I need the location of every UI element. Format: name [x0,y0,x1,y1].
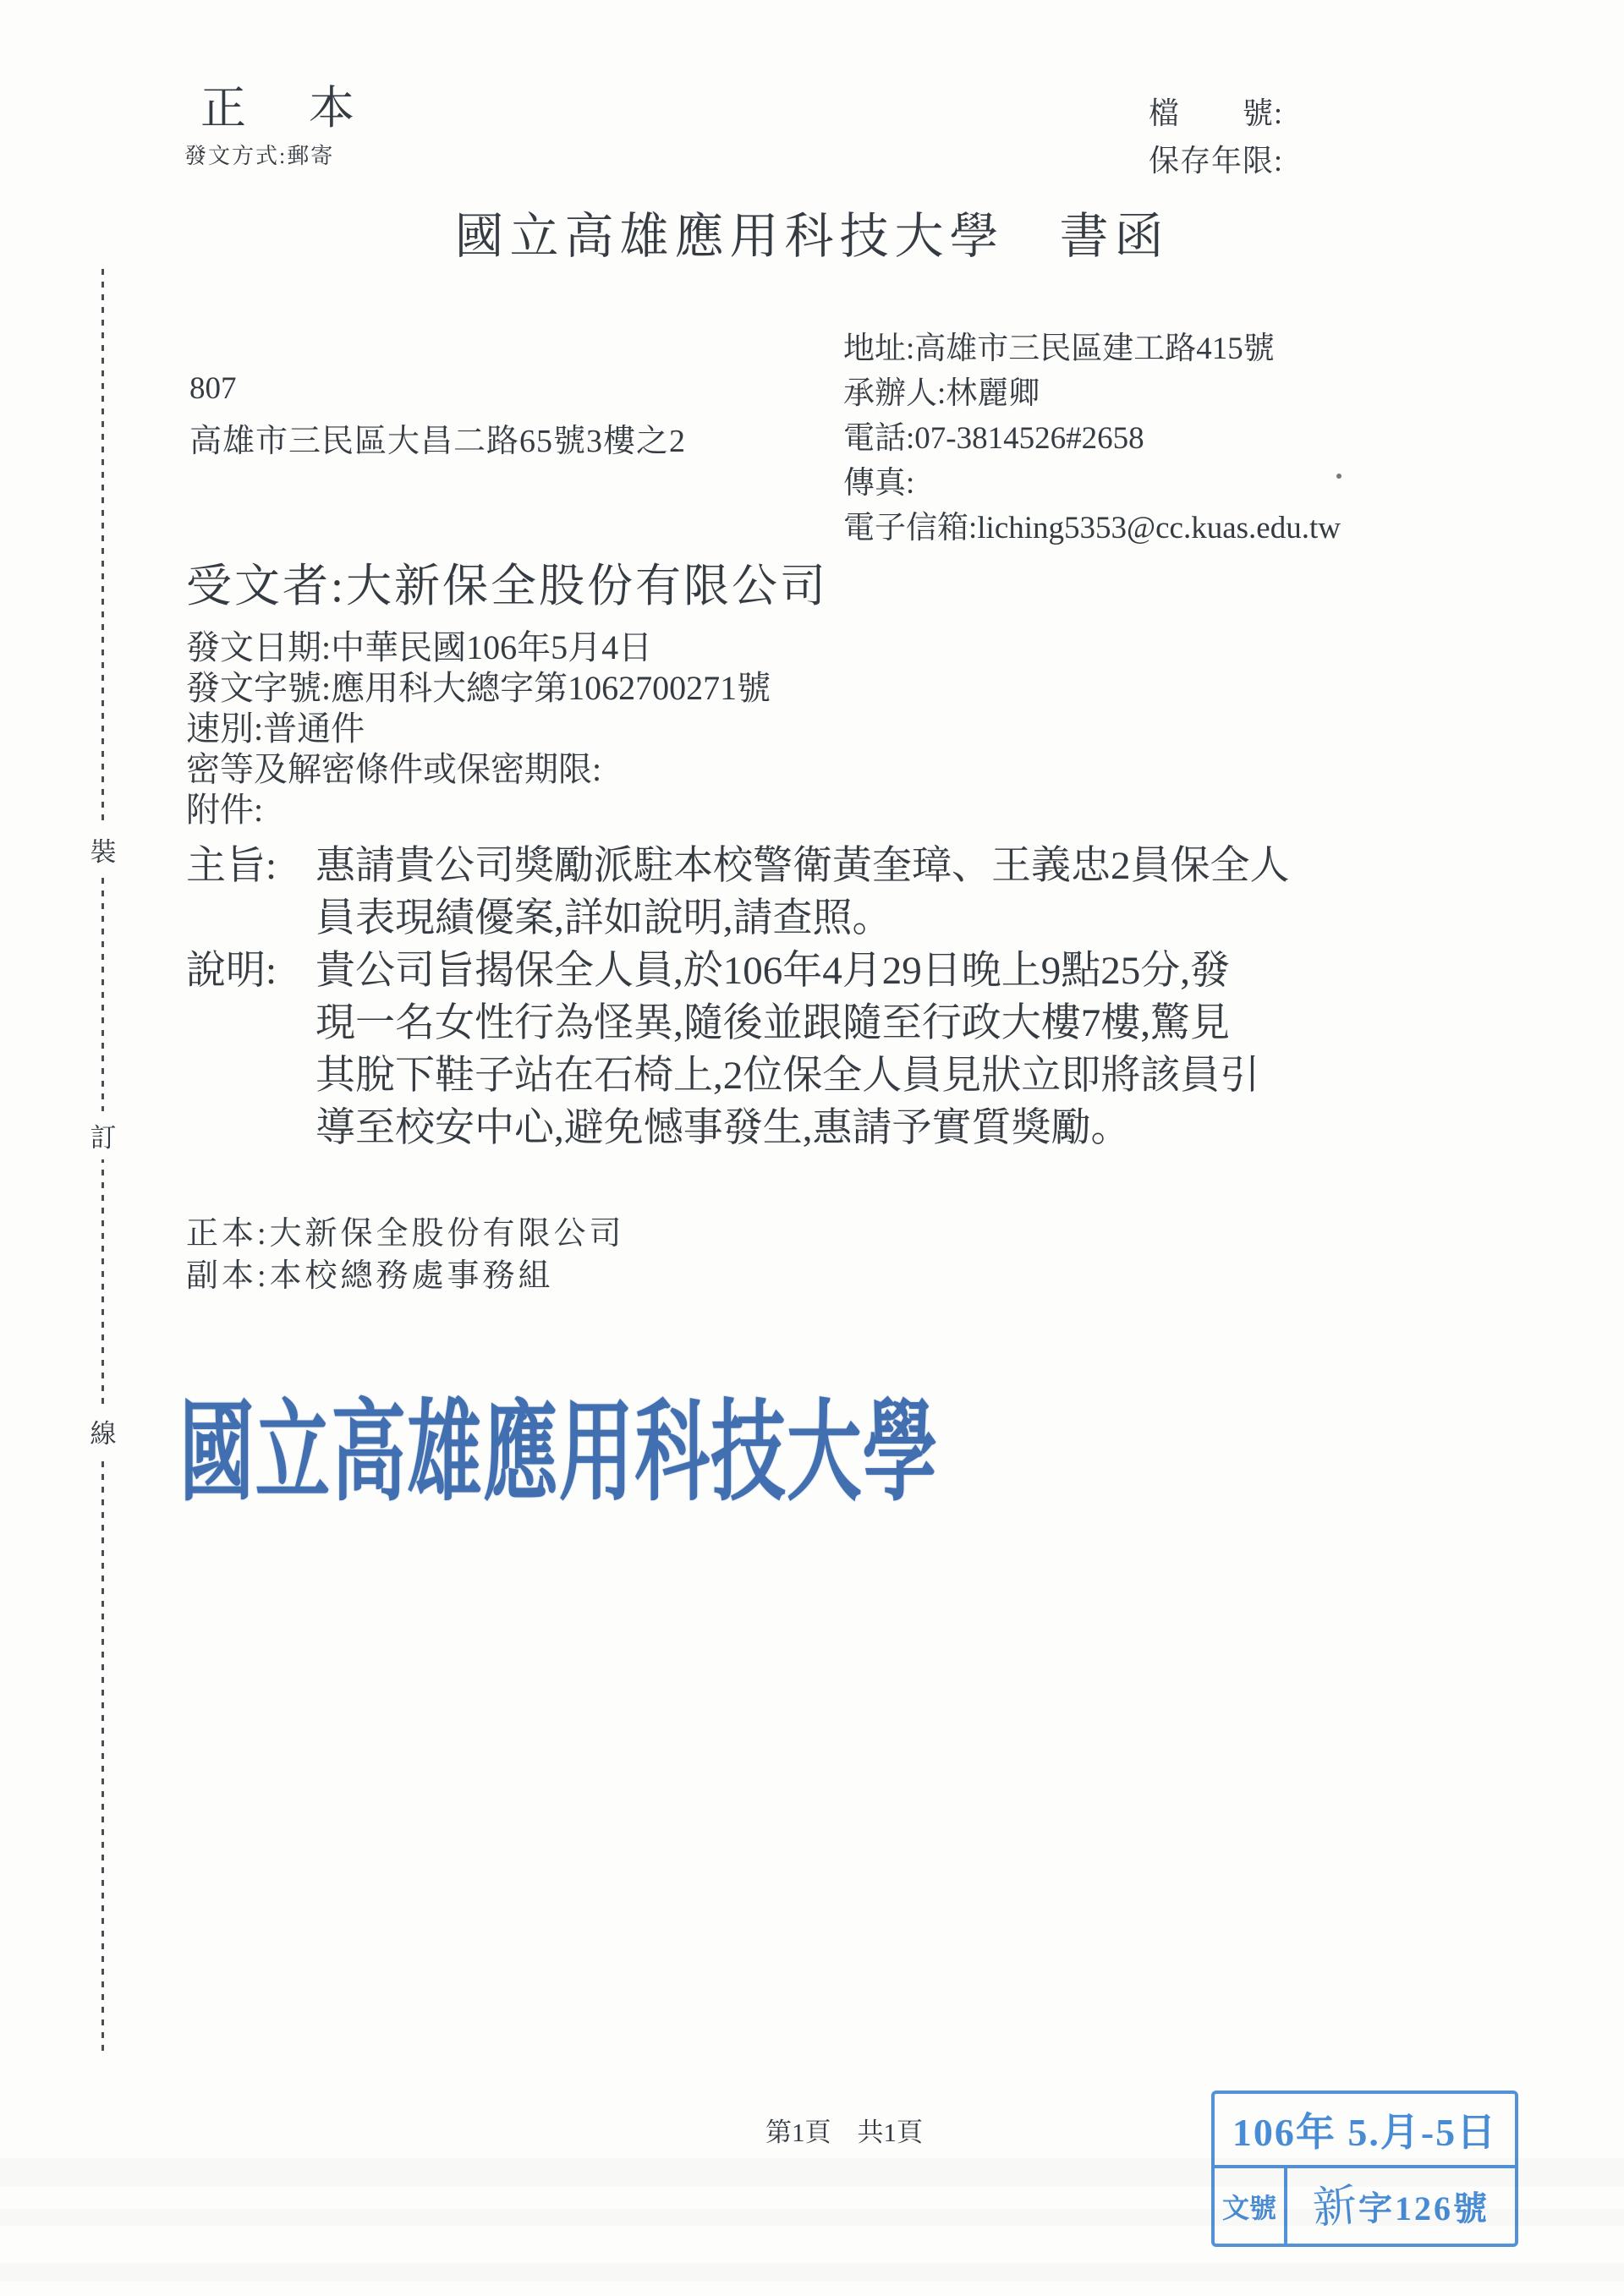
file-number-label: 檔 號: [1149,90,1283,137]
copies-block: 正本:大新保全股份有限公司 副本:本校總務處事務組 [186,1213,625,1297]
priority-line: 速別:普通件 [186,709,771,749]
scan-artifact-band [0,2158,1624,2187]
document-meta-block: 發文日期:中華民國106年5月4日 發文字號:應用科大總字第1062700271… [186,627,771,830]
subject-text: 惠請貴公司獎勵派駐本校警衛黃奎璋、王義忠2員保全人 員表現績優案,詳如說明,請查… [315,840,1438,945]
subject-paragraph: 主旨: 惠請貴公司獎勵派駐本校警衛黃奎璋、王義忠2員保全人 員表現績優案,詳如說… [186,840,1438,945]
classification-line: 密等及解密條件或保密期限: [186,749,771,790]
scanned-letter-page: 正 本 發文方式:郵寄 檔 號: 保存年限: 國立高雄應用科技大學 書函 807… [0,0,1624,2296]
recipient-zip: 807 [189,370,237,407]
retention-period-label: 保存年限: [1149,137,1283,184]
scan-artifact-band [0,2263,1624,2282]
delivery-method-label: 發文方式:郵寄 [184,139,334,170]
cc-copy-line: 副本:本校總務處事務組 [186,1255,625,1297]
description-label: 說明: [186,945,277,997]
recipient-address: 高雄市三民區大昌二路65號3樓之2 [189,414,686,461]
original-copy-line: 正本:大新保全股份有限公司 [186,1213,625,1255]
copy-type-label: 正 本 [200,72,363,137]
sender-phone-line: 電話:07-3814526#2658 [843,416,1341,461]
receipt-stamp-date: 106年 5.月-5日 [1215,2094,1515,2168]
document-title: 國立高雄應用科技大學 書函 [0,196,1624,267]
sender-info-block: 地址:高雄市三民區建工路415號 承辦人:林麗卿 電話:07-3814526#2… [843,326,1341,551]
recipient-line: 受文者:大新保全股份有限公司 [186,550,828,615]
file-number-block: 檔 號: 保存年限: [1149,90,1283,184]
sender-address-line: 地址:高雄市三民區建工路415號 [843,326,1341,371]
scan-artifact-band [0,2209,1624,2226]
binding-mark-ding: 訂 [87,1111,119,1159]
binding-dashed-line [101,269,104,2055]
university-stamp: 國立高雄應用科技大學 [179,1391,939,1518]
sender-contact-person-line: 承辦人:林麗卿 [843,371,1341,416]
doc-number-line: 發文字號:應用科大總字第1062700271號 [186,668,771,709]
attachment-line: 附件: [186,790,771,830]
binding-mark-zhuang: 裝 [87,825,119,874]
sender-fax-line: 傳真: [843,461,1341,506]
subject-label: 主旨: [186,840,277,892]
binding-mark-xian: 線 [87,1407,119,1455]
description-text: 貴公司旨揭保全人員,於106年4月29日晚上9點25分,發 現一名女性行為怪異,… [315,945,1438,1154]
description-paragraph: 說明: 貴公司旨揭保全人員,於106年4月29日晚上9點25分,發 現一名女性行… [186,945,1438,1154]
scan-artifact-dot [1336,474,1341,479]
sender-email-line: 電子信箱:liching5353@cc.kuas.edu.tw [843,506,1341,551]
page-number-footer: 第1頁 共1頁 [765,2111,923,2149]
issue-date-line: 發文日期:中華民國106年5月4日 [186,627,771,668]
